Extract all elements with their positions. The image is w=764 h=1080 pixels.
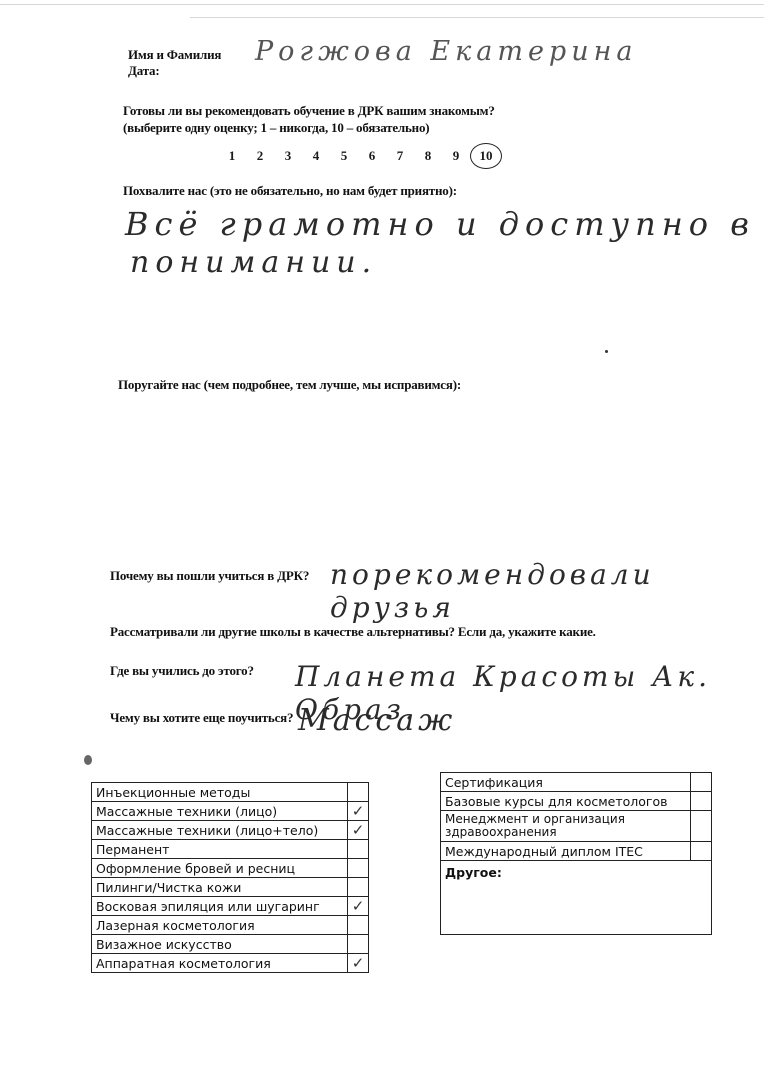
course-left-row: Инъекционные методы: [92, 783, 369, 802]
course-left-row: Пилинги/Чистка кожи: [92, 878, 369, 897]
course-right-row: Международный диплом ITEC: [441, 842, 712, 861]
course-right-row: Менеджмент и организация здравоохранения: [441, 811, 712, 842]
course-label: Лазерная косметология: [92, 916, 348, 935]
alternatives-question: Рассматривали ли другие школы в качестве…: [110, 624, 596, 640]
course-checkbox[interactable]: [348, 878, 369, 897]
course-label: Аппаратная косметология: [92, 954, 348, 973]
name-field[interactable]: Рогжова Екатерина: [255, 36, 637, 67]
rating-scale: 12345678910: [218, 148, 502, 169]
course-right-row: Сертификация: [441, 773, 712, 792]
course-checkbox[interactable]: ✓: [348, 954, 369, 973]
course-checkbox[interactable]: [348, 916, 369, 935]
courses-table-left: Инъекционные методыМассажные техники (ли…: [91, 782, 369, 973]
course-right-row: Базовые курсы для косметологов: [441, 792, 712, 811]
criticism-question: Поругайте нас (чем подробнее, тем лучше,…: [118, 377, 461, 393]
rating-option-6[interactable]: 6: [358, 148, 386, 169]
course-left-row: Визажное искусство: [92, 935, 369, 954]
praise-question: Похвалите нас (это не обязательно, но на…: [123, 183, 457, 199]
want-to-learn-answer[interactable]: Массаж: [298, 703, 456, 738]
course-checkbox[interactable]: [691, 792, 712, 811]
course-left-row: Массажные техники (лицо+тело)✓: [92, 821, 369, 840]
course-left-row: Оформление бровей и ресниц: [92, 859, 369, 878]
rating-option-1[interactable]: 1: [218, 148, 246, 169]
rating-option-4[interactable]: 4: [302, 148, 330, 169]
course-label: Базовые курсы для косметологов: [441, 792, 691, 811]
scan-speck: [84, 755, 92, 765]
want-to-learn-question: Чему вы хотите еще поучиться?: [110, 710, 293, 726]
course-left-row: Лазерная косметология: [92, 916, 369, 935]
course-label: Инъекционные методы: [92, 783, 348, 802]
course-checkbox[interactable]: ✓: [348, 897, 369, 916]
course-checkbox[interactable]: [691, 811, 712, 842]
course-left-row: Восковая эпиляция или шугаринг✓: [92, 897, 369, 916]
other-row: Другое:: [441, 861, 712, 935]
recommend-hint: (выберите одну оценку; 1 – никогда, 10 –…: [123, 120, 429, 136]
courses-table-right: СертификацияБазовые курсы для косметолог…: [440, 772, 712, 935]
course-checkbox[interactable]: [348, 840, 369, 859]
course-left-row: Аппаратная косметология✓: [92, 954, 369, 973]
rating-option-7[interactable]: 7: [386, 148, 414, 169]
course-left-row: Перманент: [92, 840, 369, 859]
course-left-row: Массажные техники (лицо)✓: [92, 802, 369, 821]
rating-option-2[interactable]: 2: [246, 148, 274, 169]
other-field[interactable]: Другое:: [441, 861, 712, 935]
course-label: Международный диплом ITEC: [441, 842, 691, 861]
course-label: Сертификация: [441, 773, 691, 792]
course-checkbox[interactable]: ✓: [348, 821, 369, 840]
scan-speck: [605, 350, 608, 353]
course-checkbox[interactable]: [348, 783, 369, 802]
recommend-question: Готовы ли вы рекомендовать обучение в ДР…: [123, 103, 495, 119]
course-checkbox[interactable]: [348, 935, 369, 954]
scan-edge-line: [190, 17, 764, 18]
scan-edge-line: [0, 4, 764, 5]
previous-study-question: Где вы учились до этого?: [110, 663, 254, 679]
rating-option-5[interactable]: 5: [330, 148, 358, 169]
rating-option-8[interactable]: 8: [414, 148, 442, 169]
praise-answer-line-1[interactable]: Всё грамотно и доступно в: [125, 205, 755, 243]
rating-option-3[interactable]: 3: [274, 148, 302, 169]
course-label: Перманент: [92, 840, 348, 859]
why-drk-answer[interactable]: порекомендовали друзья: [330, 558, 764, 624]
name-label: Имя и Фамилия: [128, 47, 221, 63]
course-label: Пилинги/Чистка кожи: [92, 878, 348, 897]
course-label: Оформление бровей и ресниц: [92, 859, 348, 878]
course-checkbox[interactable]: [348, 859, 369, 878]
course-label: Массажные техники (лицо): [92, 802, 348, 821]
course-checkbox[interactable]: [691, 773, 712, 792]
why-drk-question: Почему вы пошли учиться в ДРК?: [110, 568, 309, 584]
course-label: Менеджмент и организация здравоохранения: [441, 811, 691, 842]
course-checkbox[interactable]: ✓: [348, 802, 369, 821]
rating-option-9[interactable]: 9: [442, 148, 470, 169]
praise-answer-line-2[interactable]: понимании.: [130, 245, 377, 280]
rating-option-10[interactable]: 10: [470, 143, 502, 169]
date-label: Дата:: [128, 63, 159, 79]
course-checkbox[interactable]: [691, 842, 712, 861]
course-label: Восковая эпиляция или шугаринг: [92, 897, 348, 916]
course-label: Массажные техники (лицо+тело): [92, 821, 348, 840]
course-label: Визажное искусство: [92, 935, 348, 954]
